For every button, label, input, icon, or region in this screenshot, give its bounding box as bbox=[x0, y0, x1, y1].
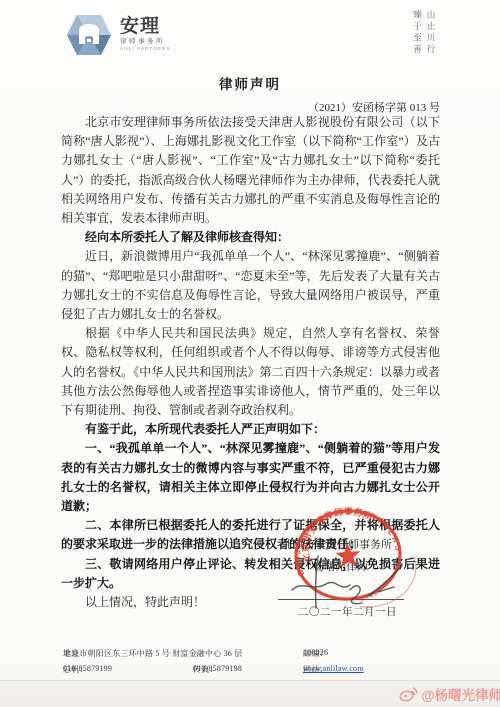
firm-name-en: ANLI PARTNERS bbox=[120, 48, 171, 53]
lawyer-statement-document: 安理 律师事务所 ANLI PARTNERS 山止川行 臻于至善 律师声明 （2… bbox=[0, 0, 500, 707]
watermark-handle: @杨曙光律师 bbox=[421, 684, 500, 704]
postcode-value: 100026 bbox=[303, 648, 328, 657]
motto-right-column: 山止川行 bbox=[427, 10, 436, 56]
weibo-watermark: @杨曙光律师 bbox=[399, 684, 500, 704]
phone-value: 010-85879199 bbox=[63, 664, 112, 673]
signature-firm-name: 北京市安理律师事务所 bbox=[282, 534, 440, 556]
signature-lawyer-name: 杨曙光律师 bbox=[282, 556, 440, 578]
footer-contact: 地址：北京市朝阳区东三环中路 5 号 财富金融中心 36 层 邮编：100026… bbox=[63, 648, 460, 678]
weibo-icon bbox=[399, 686, 418, 702]
paragraph-verified-heading: 经向本所委托人了解及律师核查得知： bbox=[61, 228, 440, 247]
paragraph-facts: 近日，新浪微博用户“我孤单单一个人”、“林深见雾撞鹿”、“侧躺着的猫”、“郑吧啦… bbox=[61, 247, 440, 324]
fax-value: 010-85879198 bbox=[193, 664, 242, 673]
firm-name-cn: 安理 bbox=[120, 17, 171, 36]
firm-name-sub: 律师事务所 bbox=[120, 39, 171, 46]
anli-hexagon-logo-icon bbox=[66, 14, 112, 56]
paragraph-declare-heading: 有鉴于此，本所现代表委托人严正声明如下： bbox=[61, 420, 440, 439]
address-value: 北京市朝阳区东三环中路 5 号 财富金融中心 36 层 bbox=[63, 648, 242, 659]
footer-website: 网站：www.anlilaw.com bbox=[303, 664, 364, 673]
paragraph-intro: 北京市安理律师事务所依法接受天津唐人影视股份有限公司（以下简称“唐人影视”）、上… bbox=[61, 113, 440, 228]
firm-logo: 安理 律师事务所 ANLI PARTNERS bbox=[66, 14, 171, 56]
paragraph-law-basis: 根据《中华人民共和国民法典》规定，自然人享有名誉权、荣誉权、隐私权等权利，任何组… bbox=[61, 324, 440, 420]
website-label: 网站： bbox=[303, 664, 328, 675]
document-title: 律师声明 bbox=[0, 73, 500, 93]
calligraphy-motto: 山止川行 臻于至善 bbox=[413, 10, 435, 56]
signature-block: 北京市安理律师事务所 杨曙光律师 bbox=[282, 534, 440, 578]
signature-underline bbox=[278, 599, 404, 600]
motto-left-column: 臻于至善 bbox=[413, 10, 422, 56]
signature-date: 二〇二一年二月一日 bbox=[298, 604, 397, 619]
paragraph-item-1: 一、“我孤单单一个人”、“林深见雾撞鹿”、“侧躺着的猫”等用户发表的有关古力娜扎… bbox=[61, 439, 440, 516]
